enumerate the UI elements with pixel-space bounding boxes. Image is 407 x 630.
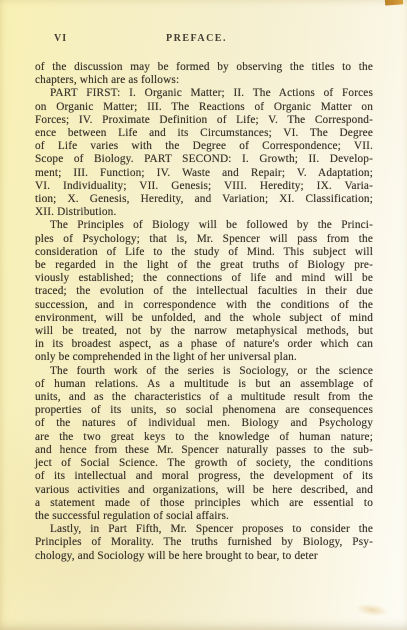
paragraph: of the discussion may be formed by obser… — [35, 61, 373, 87]
text-line: in its broadest aspect, as a phase of na… — [35, 338, 373, 351]
text-line: PART FIRST: I. Organic Matter; II. The A… — [35, 87, 373, 100]
text-line: ples of Psychology; that is, Mr. Spencer… — [35, 233, 373, 246]
text-line: chology, and Sociology will be here brou… — [35, 550, 373, 563]
text-line: the successful regulation of social affa… — [35, 510, 373, 523]
text-line: only be comprehended in the light of her… — [35, 351, 373, 364]
text-line: of Life varies with the Degree of Corres… — [35, 140, 373, 153]
page-stain — [354, 602, 389, 619]
paragraph: The Principles of Biology will be follow… — [35, 219, 373, 364]
text-line: environment, will be unfolded, and the w… — [35, 312, 373, 325]
text-line: a statement made of those principles whi… — [35, 497, 373, 510]
torn-corner-mark — [385, 0, 403, 6]
text-line: tion; X. Genesis, Heredity, and Variatio… — [35, 193, 373, 206]
paragraph: Lastly, in Part Fifth, Mr. Spencer propo… — [35, 523, 373, 563]
text-line: Principles of Morality. The truths furni… — [35, 536, 373, 549]
text-line: VI. Individuality; VII. Genesis; VIII. H… — [35, 180, 373, 193]
text-line: units, and as the characteristics of a m… — [35, 391, 373, 404]
text-line: of its intellectual and moral progress, … — [35, 470, 373, 483]
text-line: various activities and organizations, wi… — [35, 484, 373, 497]
text-line: of the discussion may be formed by obser… — [35, 61, 373, 74]
text-line: viously established; the connections of … — [35, 272, 373, 285]
text-line: and hence from these Mr. Spencer natural… — [35, 444, 373, 457]
text-line: succession, and in correspondence with t… — [35, 299, 373, 312]
text-line: be regarded in the light of the great tr… — [35, 259, 373, 272]
text-line: ment; III. Function; IV. Waste and Repai… — [35, 167, 373, 180]
text-line: are the two great keys to the knowledge … — [35, 431, 373, 444]
text-line: ence between Life and its Circumstances;… — [35, 127, 373, 140]
paragraph: The fourth work of the series is Sociolo… — [35, 365, 373, 523]
text-line: chapters, which are as follows: — [35, 74, 373, 87]
text-line: properties of its units, so social pheno… — [35, 404, 373, 417]
page-header: VI PREFACE. — [35, 33, 372, 47]
paragraph: PART FIRST: I. Organic Matter; II. The A… — [35, 87, 373, 219]
text-line: XII. Distribution. — [35, 206, 373, 219]
text-line: traced; the evolution of the intellectua… — [35, 285, 373, 298]
text-line: of human relations. As a multitude is bu… — [35, 378, 373, 391]
text-line: of the natures of individual men. Biolog… — [35, 417, 373, 430]
running-title: PREFACE. — [35, 33, 358, 44]
text-line: ject of Social Science. The growth of so… — [35, 457, 373, 470]
text-line: consideration of Life to the study of Mi… — [35, 246, 373, 259]
text-line: Lastly, in Part Fifth, Mr. Spencer propo… — [35, 523, 373, 536]
text-line: The fourth work of the series is Sociolo… — [35, 365, 373, 378]
text-block: of the discussion may be formed by obser… — [35, 61, 373, 563]
text-line: The Principles of Biology will be follow… — [35, 219, 373, 232]
text-line: Scope of Biology. PART SECOND: I. Growth… — [35, 153, 373, 166]
text-line: Forces; IV. Proximate Definition of Life… — [35, 114, 373, 127]
text-line: will be treated, not by the narrow metap… — [35, 325, 373, 338]
book-page: VI PREFACE. of the discussion may be for… — [0, 0, 407, 630]
text-line: on Organic Matter; III. The Reactions of… — [35, 101, 373, 114]
